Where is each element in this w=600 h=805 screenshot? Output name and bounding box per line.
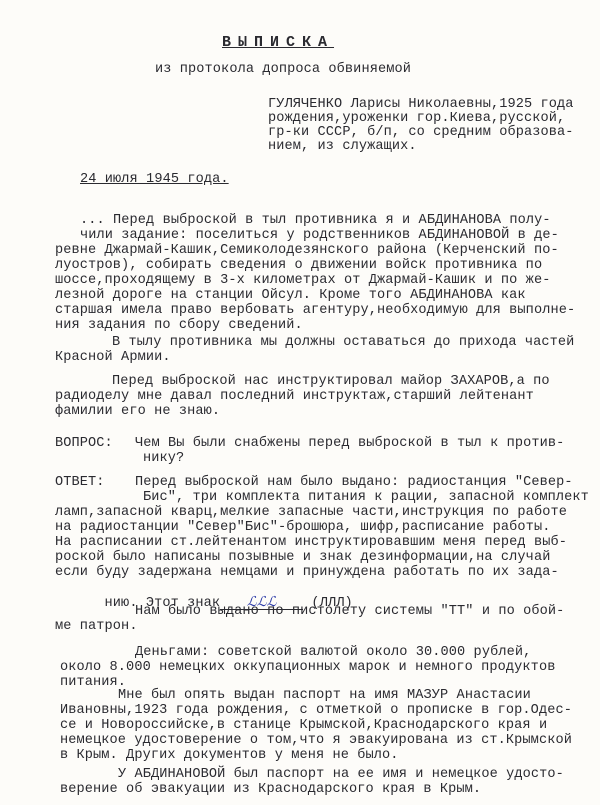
text-line: питания. xyxy=(60,675,126,690)
text-line: если буду задержана немцами и принуждена… xyxy=(55,565,559,580)
text-line: Перед выброской нас инструктировал майор… xyxy=(112,374,550,389)
text-line: ламп,запасной кварц,мелкие запасные част… xyxy=(55,505,567,520)
text-line: Красной Армии. xyxy=(55,350,171,365)
text-line: нику? xyxy=(143,451,184,466)
text-line: ме патрон. xyxy=(55,619,138,634)
text-line: в Крым. Других документов у меня не было… xyxy=(60,748,399,763)
text-line: верение об эвакуации из Краснодарского к… xyxy=(60,782,481,797)
text-line: Ивановны,1923 года рождения, с отметкой … xyxy=(60,703,572,718)
subject-line: ГУЛЯЧЕНКО Ларисы Николаевны,1925 года xyxy=(268,97,574,112)
text-line: шоссе,проходящему в 3-х километрах от Дж… xyxy=(55,273,550,288)
text-line: На расписании ст.лейтенантом инструктиро… xyxy=(55,535,567,550)
answer-label: ОТВЕТ: xyxy=(55,475,105,490)
text-line: около 8.000 немецких оккупационных марок… xyxy=(60,660,555,675)
text-line: немецкое удостоверение о том,что я эваку… xyxy=(60,733,572,748)
document-page: ВЫПИСКА из протокола допроса обвиняемой … xyxy=(0,0,600,805)
text-line: чили задание: поселиться у родственников… xyxy=(80,228,559,243)
text-line: роской было написаны позывные и знак дез… xyxy=(55,550,550,565)
text-line: радиоделу мне давал последний инструктаж… xyxy=(55,389,534,404)
subject-line: нием, из служащих. xyxy=(268,139,417,154)
text-line: Чем Вы были снабжены перед выброской в т… xyxy=(135,436,564,451)
subject-line: гр-ки СССР, б/п, со средним образова- xyxy=(268,125,574,140)
text-line: У АБДИНАНОВОЙ был паспорт на ее имя и не… xyxy=(118,767,564,782)
text-line: Бис", три комплекта питания к рации, зап… xyxy=(143,490,589,505)
document-date: 24 июля 1945 года. xyxy=(80,172,229,187)
text-line: на радиостанции "Север"Бис"-брошюра, шиф… xyxy=(55,520,550,535)
document-subtitle: из протокола допроса обвиняемой xyxy=(155,62,411,77)
text-line: Мне был опять выдан паспорт на имя МАЗУР… xyxy=(118,688,531,703)
text-line: ревне Джармай-Кашик,Семиколодезянского р… xyxy=(55,243,559,258)
text-line: старшая имела право вербовать агентуру,н… xyxy=(55,303,575,318)
text-line: лезной дороге на станции Ойсул. Кроме то… xyxy=(55,288,526,303)
text-line: фамилии его не знаю. xyxy=(55,404,220,419)
text-line: Нам было выдано по пистолету системы "ТТ… xyxy=(135,604,564,619)
subject-line: рождения,уроженки гор.Киева,русской, xyxy=(268,111,565,126)
text-line: луостров), собирать сведения о движении … xyxy=(55,258,542,273)
text-line: ... Перед выброской в тыл противника я и… xyxy=(80,213,551,228)
text-line: ния задания по сбору сведений. xyxy=(55,318,303,333)
text-line: Деньгами: советской валютой около 30.000… xyxy=(135,645,531,660)
text-line: В тылу противника мы должны оставаться д… xyxy=(112,335,574,350)
text-line: се и Новороссийске,в станице Крымской,Кр… xyxy=(60,718,547,733)
question-label: ВОПРОС: xyxy=(55,436,113,451)
text-line: Перед выброской нам было выдано: радиост… xyxy=(135,475,573,490)
document-title: ВЫПИСКА xyxy=(222,35,334,50)
